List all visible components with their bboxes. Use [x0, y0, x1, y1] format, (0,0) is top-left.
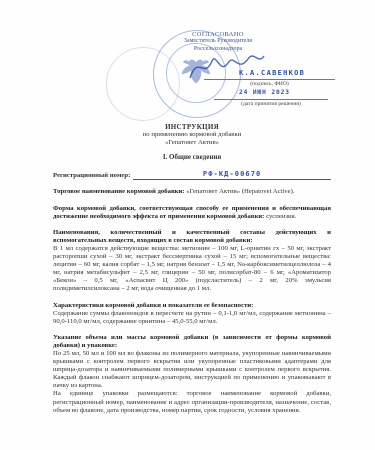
composition-body: В 1 мл содержатся действующие вещества: …: [53, 245, 331, 294]
document-title-block: ИНСТРУКЦИЯ по применению кормовой добавк…: [53, 123, 331, 147]
packaging-labeling-body: На единице упаковки размещаются: торгово…: [53, 390, 331, 414]
date-line: [214, 99, 328, 100]
signer-name-stamp: К.А.САВЕНКОВ: [239, 69, 305, 77]
signature-line: [204, 79, 335, 80]
document-body: ИНСТРУКЦИЯ по применению кормовой добавк…: [53, 123, 331, 421]
registration-label: Регистрационный номер:: [53, 172, 130, 180]
form-paragraph: Форма кормовой добавки, соответствующая …: [53, 205, 331, 221]
trade-name-paragraph: Торговое наименование кормовой добавки: …: [53, 188, 331, 196]
doc-title: ИНСТРУКЦИЯ: [53, 123, 331, 131]
packaging-body: По 25 мл, 50 мл и 100 мл во флаконы из п…: [53, 350, 331, 390]
registration-underline: РФ-КД-00670: [133, 170, 331, 180]
characteristics-paragraph: Характеристики кормовой добавки и показа…: [53, 302, 331, 326]
doc-product-name: «Гепатовет Актив»: [53, 139, 331, 147]
decision-date-stamp: 24 ИЮН 2023: [239, 89, 290, 96]
date-caption: (дата принятия решения): [214, 101, 328, 107]
characteristics-body: Содержание суммы флавоноидов в пересчете…: [53, 310, 331, 326]
registration-number-row: Регистрационный номер: РФ-КД-00670: [53, 170, 331, 180]
doc-subtitle: по применению кормовой добавки: [53, 131, 331, 139]
form-body: суспензия.: [266, 213, 296, 220]
packaging-lead: Указание объема или массы кормовой добав…: [53, 334, 331, 350]
characteristics-lead: Характеристики кормовой добавки и показа…: [53, 302, 331, 310]
composition-lead: Наименования, количественный и качествен…: [53, 229, 331, 245]
signature-caption: (подпись, ФИО): [204, 81, 335, 87]
composition-paragraph: Наименования, количественный и качествен…: [53, 229, 331, 294]
trade-name-body: «Гепатовет Актив» (Hepatovet Active).: [186, 188, 294, 195]
trade-name-lead: Торговое наименование кормовой добавки:: [53, 188, 185, 195]
section-heading-general: I. Общие сведения: [53, 153, 331, 161]
packaging-paragraph: Указание объема или массы кормовой добав…: [53, 334, 331, 415]
scanned-instruction-document: СОГЛАСОВАНО Заместитель Руководителя Рос…: [0, 0, 375, 450]
registration-number-stamp: РФ-КД-00670: [203, 170, 261, 178]
